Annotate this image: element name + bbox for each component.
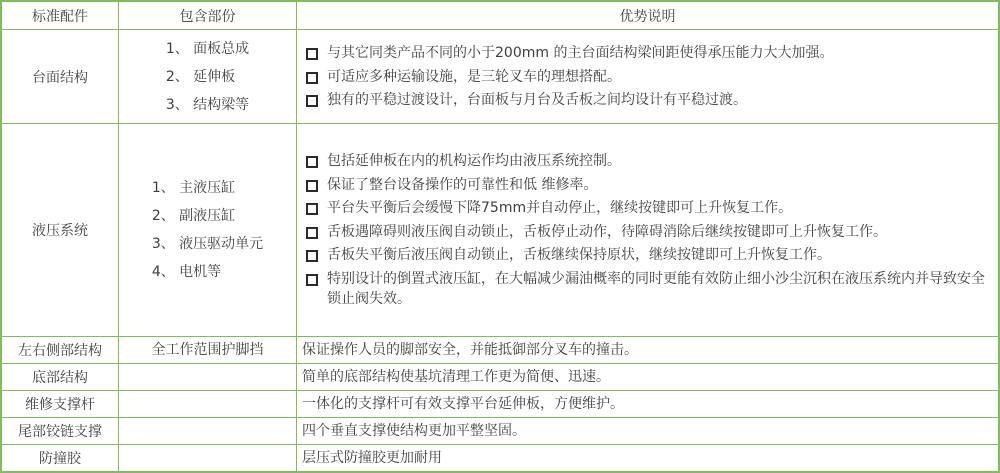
parts-cell (119, 364, 297, 390)
advantage-item: 包括延伸板在内的机构运作均由液压系统控制。 (304, 151, 990, 171)
advantages-cell: 简单的底部结构使基坑清理工作更为简便、迅速。 (297, 364, 998, 390)
part-item: 4、 电机等 (152, 258, 263, 286)
table-row: 台面结构1、 面板总成2、 延伸板3、 结构梁等与其它同类产品不同的小于200m… (2, 30, 998, 124)
advantage-item: 平台失平衡后会缓慢下降75mm并自动停止，继续按键即可上升恢复工作。 (304, 198, 990, 218)
parts-cell (119, 418, 297, 444)
category-label: 底部结构 (32, 367, 88, 387)
advantage-item: 特别设计的倒置式液压缸，在大幅减少漏油概率的同时更能有效防止细小沙尘沉积在液压系… (304, 269, 990, 309)
advantage-item: 舌板遇障碍则液压阀自动锁止，舌板停止动作，待障碍消除后继续按键即可上升恢复工作。 (304, 222, 990, 242)
advantage-item: 舌板失平衡后液压阀自动锁止，舌板继续保持原状，继续按键即可上升恢复工作。 (304, 245, 990, 265)
square-bullet-icon (306, 156, 318, 168)
table-row: 尾部铰链支撑四个垂直支撑使结构更加平整坚固。 (2, 418, 998, 445)
parts-list: 1、 主液压缸2、 副液压缸3、 液压驱动单元4、 电机等 (152, 174, 263, 286)
category-cell: 液压系统 (2, 124, 119, 336)
category-cell: 尾部铰链支撑 (2, 418, 119, 444)
table-row: 液压系统1、 主液压缸2、 副液压缸3、 液压驱动单元4、 电机等包括延伸板在内… (2, 124, 998, 337)
advantages-cell: 四个垂直支撑使结构更加平整坚固。 (297, 418, 998, 444)
part-item: 3、 结构梁等 (166, 91, 249, 119)
advantages-cell: 与其它同类产品不同的小于200mm 的主台面结构梁间距使得承压能力大大加强。可适… (297, 30, 998, 123)
advantage-text: 四个垂直支撑使结构更加平整坚固。 (297, 422, 526, 440)
spec-table: 标准配件 包含部份 优势说明 台面结构1、 面板总成2、 延伸板3、 结构梁等与… (0, 0, 1000, 473)
advantage-text: 与其它同类产品不同的小于200mm 的主台面结构梁间距使得承压能力大大加强。 (327, 43, 990, 63)
part-item: 1、 面板总成 (166, 35, 249, 63)
category-label: 维修支撑杆 (25, 394, 95, 414)
category-label: 尾部铰链支撑 (18, 421, 102, 441)
advantage-list: 包括延伸板在内的机构运作均由液压系统控制。保证了整台设备操作的可靠性和低 维修率… (297, 148, 998, 313)
advantages-cell: 保证操作人员的脚部安全，并能抵御部分叉车的撞击。 (297, 337, 998, 363)
part-item: 3、 液压驱动单元 (152, 230, 263, 258)
category-label: 左右侧部结构 (18, 340, 102, 360)
advantage-item: 可适应多种运输设施，是三轮叉车的理想搭配。 (304, 67, 990, 87)
advantage-text: 平台失平衡后会缓慢下降75mm并自动停止，继续按键即可上升恢复工作。 (327, 198, 990, 218)
advantage-item: 与其它同类产品不同的小于200mm 的主台面结构梁间距使得承压能力大大加强。 (304, 43, 990, 63)
part-item: 1、 主液压缸 (152, 174, 263, 202)
parts-cell (119, 445, 297, 471)
parts-cell: 1、 主液压缸2、 副液压缸3、 液压驱动单元4、 电机等 (119, 124, 297, 336)
parts-list: 全工作范围护脚挡 (152, 337, 264, 363)
square-bullet-icon (306, 203, 318, 215)
square-bullet-icon (306, 227, 318, 239)
advantage-text: 舌板遇障碍则液压阀自动锁止，舌板停止动作，待障碍消除后继续按键即可上升恢复工作。 (327, 222, 990, 242)
square-bullet-icon (306, 72, 318, 84)
advantages-cell: 包括延伸板在内的机构运作均由液压系统控制。保证了整台设备操作的可靠性和低 维修率… (297, 124, 998, 336)
advantage-text: 保证了整台设备操作的可靠性和低 维修率。 (327, 175, 990, 195)
table-row: 防撞胶层压式防撞胶更加耐用 (2, 445, 998, 471)
part-item: 2、 延伸板 (166, 63, 249, 91)
advantages-cell: 层压式防撞胶更加耐用 (297, 445, 998, 471)
table-row: 维修支撑杆一体化的支撑杆可有效支撑平台延伸板，方便维护。 (2, 391, 998, 418)
square-bullet-icon (306, 180, 318, 192)
advantage-text: 舌板失平衡后液压阀自动锁止，舌板继续保持原状，继续按键即可上升恢复工作。 (327, 245, 990, 265)
advantage-text: 简单的底部结构使基坑清理工作更为简便、迅速。 (297, 368, 610, 386)
header-standard-parts: 标准配件 (2, 2, 119, 29)
parts-cell: 1、 面板总成2、 延伸板3、 结构梁等 (119, 30, 297, 123)
advantage-list: 与其它同类产品不同的小于200mm 的主台面结构梁间距使得承压能力大大加强。可适… (297, 40, 998, 114)
category-cell: 左右侧部结构 (2, 337, 119, 363)
advantage-text: 包括延伸板在内的机构运作均由液压系统控制。 (327, 151, 990, 171)
table-row: 底部结构简单的底部结构使基坑清理工作更为简便、迅速。 (2, 364, 998, 391)
parts-list: 1、 面板总成2、 延伸板3、 结构梁等 (166, 35, 249, 119)
advantages-cell: 一体化的支撑杆可有效支撑平台延伸板，方便维护。 (297, 391, 998, 417)
category-label: 台面结构 (32, 67, 88, 87)
square-bullet-icon (306, 250, 318, 262)
advantage-text: 独有的平稳过渡设计，台面板与月台及舌板之间均设计有平稳过渡。 (327, 90, 990, 110)
table-row: 左右侧部结构全工作范围护脚挡保证操作人员的脚部安全，并能抵御部分叉车的撞击。 (2, 337, 998, 364)
square-bullet-icon (306, 95, 318, 107)
part-item: 全工作范围护脚挡 (152, 337, 264, 363)
advantage-text: 层压式防撞胶更加耐用 (297, 449, 442, 467)
category-label: 防撞胶 (39, 448, 81, 468)
category-cell: 维修支撑杆 (2, 391, 119, 417)
category-cell: 底部结构 (2, 364, 119, 390)
header-included-parts: 包含部份 (119, 2, 297, 29)
advantage-text: 特别设计的倒置式液压缸，在大幅减少漏油概率的同时更能有效防止细小沙尘沉积在液压系… (327, 269, 990, 309)
parts-cell: 全工作范围护脚挡 (119, 337, 297, 363)
advantage-text: 一体化的支撑杆可有效支撑平台延伸板，方便维护。 (297, 395, 624, 413)
table-header-row: 标准配件 包含部份 优势说明 (2, 2, 998, 30)
category-label: 液压系统 (32, 220, 88, 240)
advantage-item: 保证了整台设备操作的可靠性和低 维修率。 (304, 175, 990, 195)
advantage-item: 独有的平稳过渡设计，台面板与月台及舌板之间均设计有平稳过渡。 (304, 90, 990, 110)
square-bullet-icon (306, 48, 318, 60)
advantage-text: 可适应多种运输设施，是三轮叉车的理想搭配。 (327, 67, 990, 87)
parts-cell (119, 391, 297, 417)
header-advantages: 优势说明 (297, 2, 998, 29)
advantage-text: 保证操作人员的脚部安全，并能抵御部分叉车的撞击。 (297, 341, 638, 359)
square-bullet-icon (306, 274, 318, 286)
category-cell: 台面结构 (2, 30, 119, 123)
category-cell: 防撞胶 (2, 445, 119, 471)
part-item: 2、 副液压缸 (152, 202, 263, 230)
